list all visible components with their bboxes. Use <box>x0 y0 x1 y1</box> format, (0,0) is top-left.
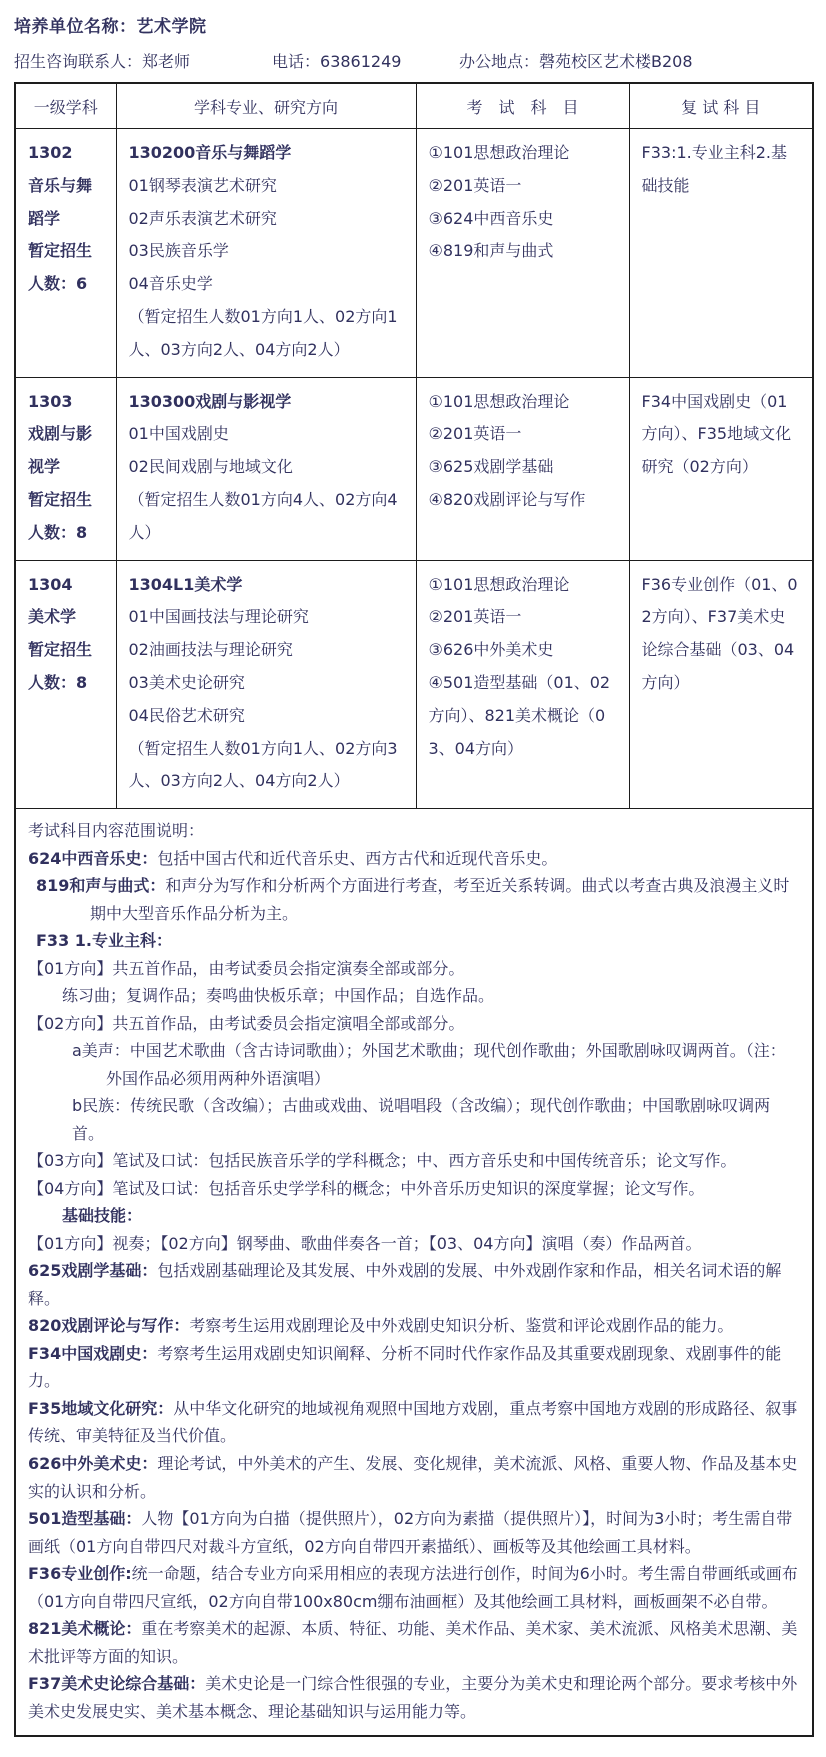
notes-heading: 考试科目内容范围说明： <box>28 817 800 845</box>
note-item: b民族：传统民歌（含改编）；古曲或戏曲、说唱唱段（含改编）；现代创作歌曲；中国歌… <box>28 1092 800 1147</box>
office-location: 办公地点：磬苑校区艺术楼B208 <box>459 49 812 72</box>
note-label: F37美术史论综合基础： <box>28 1674 205 1693</box>
contact-row: 招生咨询联系人：郑老师 电话：63861249 办公地点：磬苑校区艺术楼B208 <box>14 49 812 72</box>
note-item: 【03方向】笔试及口试：包括民族音乐学的学科概念；中、西方音乐史和中国传统音乐；… <box>28 1147 800 1175</box>
note-text: 【03方向】笔试及口试：包括民族音乐学的学科概念；中、西方音乐史和中国传统音乐；… <box>28 1151 736 1170</box>
quota-note: （暂定招生人数01方向1人、02方向3人、03方向2人、04方向2人） <box>129 733 404 799</box>
note-text: 统一命题，结合专业方向采用相应的表现方法进行创作，时间为6小时。考生需自带画纸或… <box>28 1564 798 1611</box>
note-item: 【01方向】共五首作品，由考试委员会指定演奏全部或部分。 <box>28 955 800 983</box>
note-text: 【01方向】视奏；【02方向】钢琴曲、歌曲伴奏各一首；【03、04方向】演唱（奏… <box>28 1234 701 1253</box>
note-item: 练习曲；复调作品；奏鸣曲快板乐章；中国作品；自选作品。 <box>28 982 800 1010</box>
exam-subjects-cell: ①101思想政治理论 ②201英语一 ③624中西音乐史 ④819和声与曲式 <box>416 129 629 378</box>
research-directions: 01中国戏剧史 02民间戏剧与地域文化 <box>129 418 404 484</box>
phone-label: 电话： <box>272 52 320 71</box>
note-label: F33 1.专业主科： <box>36 931 172 950</box>
note-item: 820戏剧评论与写作：考察考生运用戏剧理论及中外戏剧史知识分析、鉴赏和评论戏剧作… <box>28 1312 800 1340</box>
unit-name-value: 艺术学院 <box>137 17 207 37</box>
note-text: 【01方向】共五首作品，由考试委员会指定演奏全部或部分。 <box>28 959 464 978</box>
note-item: 624中西音乐史：包括中国古代和近代音乐史、西方古代和近现代音乐史。 <box>28 845 800 873</box>
table-row-1302: 1302 音乐与舞蹈学 暂定招生 人数：6 130200音乐与舞蹈学 01钢琴表… <box>15 129 813 378</box>
table-header-row: 一级学科 学科专业、研究方向 考 试 科 目 复 试 科 目 <box>15 83 813 129</box>
note-label: 626中外美术史： <box>28 1454 157 1473</box>
note-item: F35地域文化研究：从中华文化研究的地域视角观照中国地方戏剧，重点考察中国地方戏… <box>28 1395 800 1450</box>
exam-subjects-cell: ①101思想政治理论 ②201英语一 ③625戏剧学基础 ④820戏剧评论与写作 <box>416 377 629 560</box>
note-item: F34中国戏剧史：考察考生运用戏剧史知识阐释、分析不同时代作家作品及其重要戏剧现… <box>28 1340 800 1395</box>
note-text: 【04方向】笔试及口试：包括音乐史学学科的概念；中外音乐历史知识的深度掌握；论文… <box>28 1179 704 1198</box>
discipline-cell: 1303 戏剧与影视学 暂定招生 人数：8 <box>15 377 116 560</box>
note-text: 【02方向】共五首作品，由考试委员会指定演唱全部或部分。 <box>28 1014 464 1033</box>
page-title: 培养单位名称：艺术学院 <box>14 12 812 37</box>
table-row-1304: 1304 美术学 暂定招生 人数：8 1304L1美术学 01中国画技法与理论研… <box>15 560 813 809</box>
note-text: 和声分为写作和分析两个方面进行考查，考至近关系转调。曲式以考查古典及浪漫主义时期… <box>90 876 789 923</box>
contact-phone: 电话：63861249 <box>272 49 459 72</box>
note-label: 基础技能： <box>62 1206 142 1225</box>
note-text: 包括中国古代和近代音乐史、西方古代和近现代音乐史。 <box>157 849 557 868</box>
note-item: 基础技能： <box>28 1202 800 1230</box>
major-cell: 130300戏剧与影视学 01中国戏剧史 02民间戏剧与地域文化 （暂定招生人数… <box>116 377 416 560</box>
note-item: F36专业创作:统一命题，结合专业方向采用相应的表现方法进行创作，时间为6小时。… <box>28 1560 800 1615</box>
note-label: 625戏剧学基础： <box>28 1261 157 1280</box>
note-label: 819和声与曲式： <box>36 876 165 895</box>
note-text: 重在考察美术的起源、本质、特征、功能、美术作品、美术家、美术流派、风格美术思潮、… <box>28 1619 797 1666</box>
contact-value: 郑老师 <box>142 52 190 71</box>
note-label: 501造型基础： <box>28 1509 141 1528</box>
note-item: 626中外美术史：理论考试，中外美术的产生、发展、变化规律，美术流派、风格、重要… <box>28 1450 800 1505</box>
note-item: 【04方向】笔试及口试：包括音乐史学学科的概念；中外音乐历史知识的深度掌握；论文… <box>28 1175 800 1203</box>
note-label: 624中西音乐史： <box>28 849 157 868</box>
research-directions: 01钢琴表演艺术研究 02声乐表演艺术研究 03民族音乐学 04音乐史学 <box>129 170 404 301</box>
contact-person: 招生咨询联系人：郑老师 <box>14 49 272 72</box>
exam-subjects-cell: ①101思想政治理论 ②201英语一 ③626中外美术史 ④501造型基础（01… <box>416 560 629 809</box>
col-header-exam-subjects: 考 试 科 目 <box>416 83 629 129</box>
major-cell: 130200音乐与舞蹈学 01钢琴表演艺术研究 02声乐表演艺术研究 03民族音… <box>116 129 416 378</box>
quota-note: （暂定招生人数01方向1人、02方向1人、03方向2人、04方向2人） <box>129 301 404 367</box>
research-directions: 01中国画技法与理论研究 02油画技法与理论研究 03美术史论研究 04民俗艺术… <box>129 601 404 732</box>
notes-section: 考试科目内容范围说明： 624中西音乐史：包括中国古代和近代音乐史、西方古代和近… <box>15 809 813 1737</box>
notes-list: 624中西音乐史：包括中国古代和近代音乐史、西方古代和近现代音乐史。819和声与… <box>28 845 800 1726</box>
discipline-cell: 1304 美术学 暂定招生 人数：8 <box>15 560 116 809</box>
note-label: 820戏剧评论与写作： <box>28 1316 189 1335</box>
note-label: F36专业创作: <box>28 1564 132 1583</box>
discipline-cell: 1302 音乐与舞蹈学 暂定招生 人数：6 <box>15 129 116 378</box>
note-item: 625戏剧学基础：包括戏剧基础理论及其发展、中外戏剧的发展、中外戏剧作家和作品，… <box>28 1257 800 1312</box>
office-value: 磬苑校区艺术楼B208 <box>539 52 693 71</box>
quota-note: （暂定招生人数01方向4人、02方向4人） <box>129 484 404 550</box>
note-label: F34中国戏剧史： <box>28 1344 157 1363</box>
note-item: F37美术史论综合基础：美术史论是一门综合性很强的专业，主要分为美术史和理论两个… <box>28 1670 800 1725</box>
major-cell: 1304L1美术学 01中国画技法与理论研究 02油画技法与理论研究 03美术史… <box>116 560 416 809</box>
contact-label: 招生咨询联系人： <box>14 52 142 71</box>
col-header-retest-subjects: 复 试 科 目 <box>629 83 813 129</box>
note-text: a美声：中国艺术歌曲（含古诗词歌曲）；外国艺术歌曲；现代创作歌曲；外国歌剧咏叹调… <box>72 1041 786 1088</box>
major-title: 1304L1美术学 <box>129 569 404 602</box>
note-text: b民族：传统民歌（含改编）；古曲或戏曲、说唱唱段（含改编）；现代创作歌曲；中国歌… <box>72 1096 770 1143</box>
document: 培养单位名称：艺术学院 招生咨询联系人：郑老师 电话：63861249 办公地点… <box>0 0 826 1757</box>
major-title: 130200音乐与舞蹈学 <box>129 137 404 170</box>
note-text: 考察考生运用戏剧理论及中外戏剧史知识分析、鉴赏和评论戏剧作品的能力。 <box>189 1316 733 1335</box>
note-item: 【01方向】视奏；【02方向】钢琴曲、歌曲伴奏各一首；【03、04方向】演唱（奏… <box>28 1230 800 1258</box>
retest-subjects-cell: F34中国戏剧史（01方向）、F35地域文化研究（02方向） <box>629 377 813 560</box>
retest-subjects-cell: F33:1.专业主科2.基础技能 <box>629 129 813 378</box>
phone-value: 63861249 <box>320 52 401 71</box>
note-label: 821美术概论： <box>28 1619 141 1638</box>
col-header-discipline: 一级学科 <box>15 83 116 129</box>
note-text: 人物【01方向为白描（提供照片），02方向为素描（提供照片）】，时间为3小时；考… <box>28 1509 792 1556</box>
unit-name-label: 培养单位名称： <box>14 17 137 37</box>
office-label: 办公地点： <box>459 52 539 71</box>
note-label: F35地域文化研究： <box>28 1399 173 1418</box>
admissions-table: 一级学科 学科专业、研究方向 考 试 科 目 复 试 科 目 1302 音乐与舞… <box>14 82 814 1737</box>
table-row-1303: 1303 戏剧与影视学 暂定招生 人数：8 130300戏剧与影视学 01中国戏… <box>15 377 813 560</box>
note-item: 821美术概论：重在考察美术的起源、本质、特征、功能、美术作品、美术家、美术流派… <box>28 1615 800 1670</box>
note-item: 501造型基础：人物【01方向为白描（提供照片），02方向为素描（提供照片）】，… <box>28 1505 800 1560</box>
major-title: 130300戏剧与影视学 <box>129 386 404 419</box>
retest-subjects-cell: F36专业创作（01、02方向）、F37美术史论综合基础（03、04方向） <box>629 560 813 809</box>
col-header-major-directions: 学科专业、研究方向 <box>116 83 416 129</box>
note-item: a美声：中国艺术歌曲（含古诗词歌曲）；外国艺术歌曲；现代创作歌曲；外国歌剧咏叹调… <box>28 1037 800 1092</box>
notes-row: 考试科目内容范围说明： 624中西音乐史：包括中国古代和近代音乐史、西方古代和近… <box>15 809 813 1737</box>
note-item: F33 1.专业主科： <box>28 927 800 955</box>
note-item: 819和声与曲式：和声分为写作和分析两个方面进行考查，考至近关系转调。曲式以考查… <box>28 872 800 927</box>
note-text: 练习曲；复调作品；奏鸣曲快板乐章；中国作品；自选作品。 <box>62 986 494 1005</box>
note-item: 【02方向】共五首作品，由考试委员会指定演唱全部或部分。 <box>28 1010 800 1038</box>
